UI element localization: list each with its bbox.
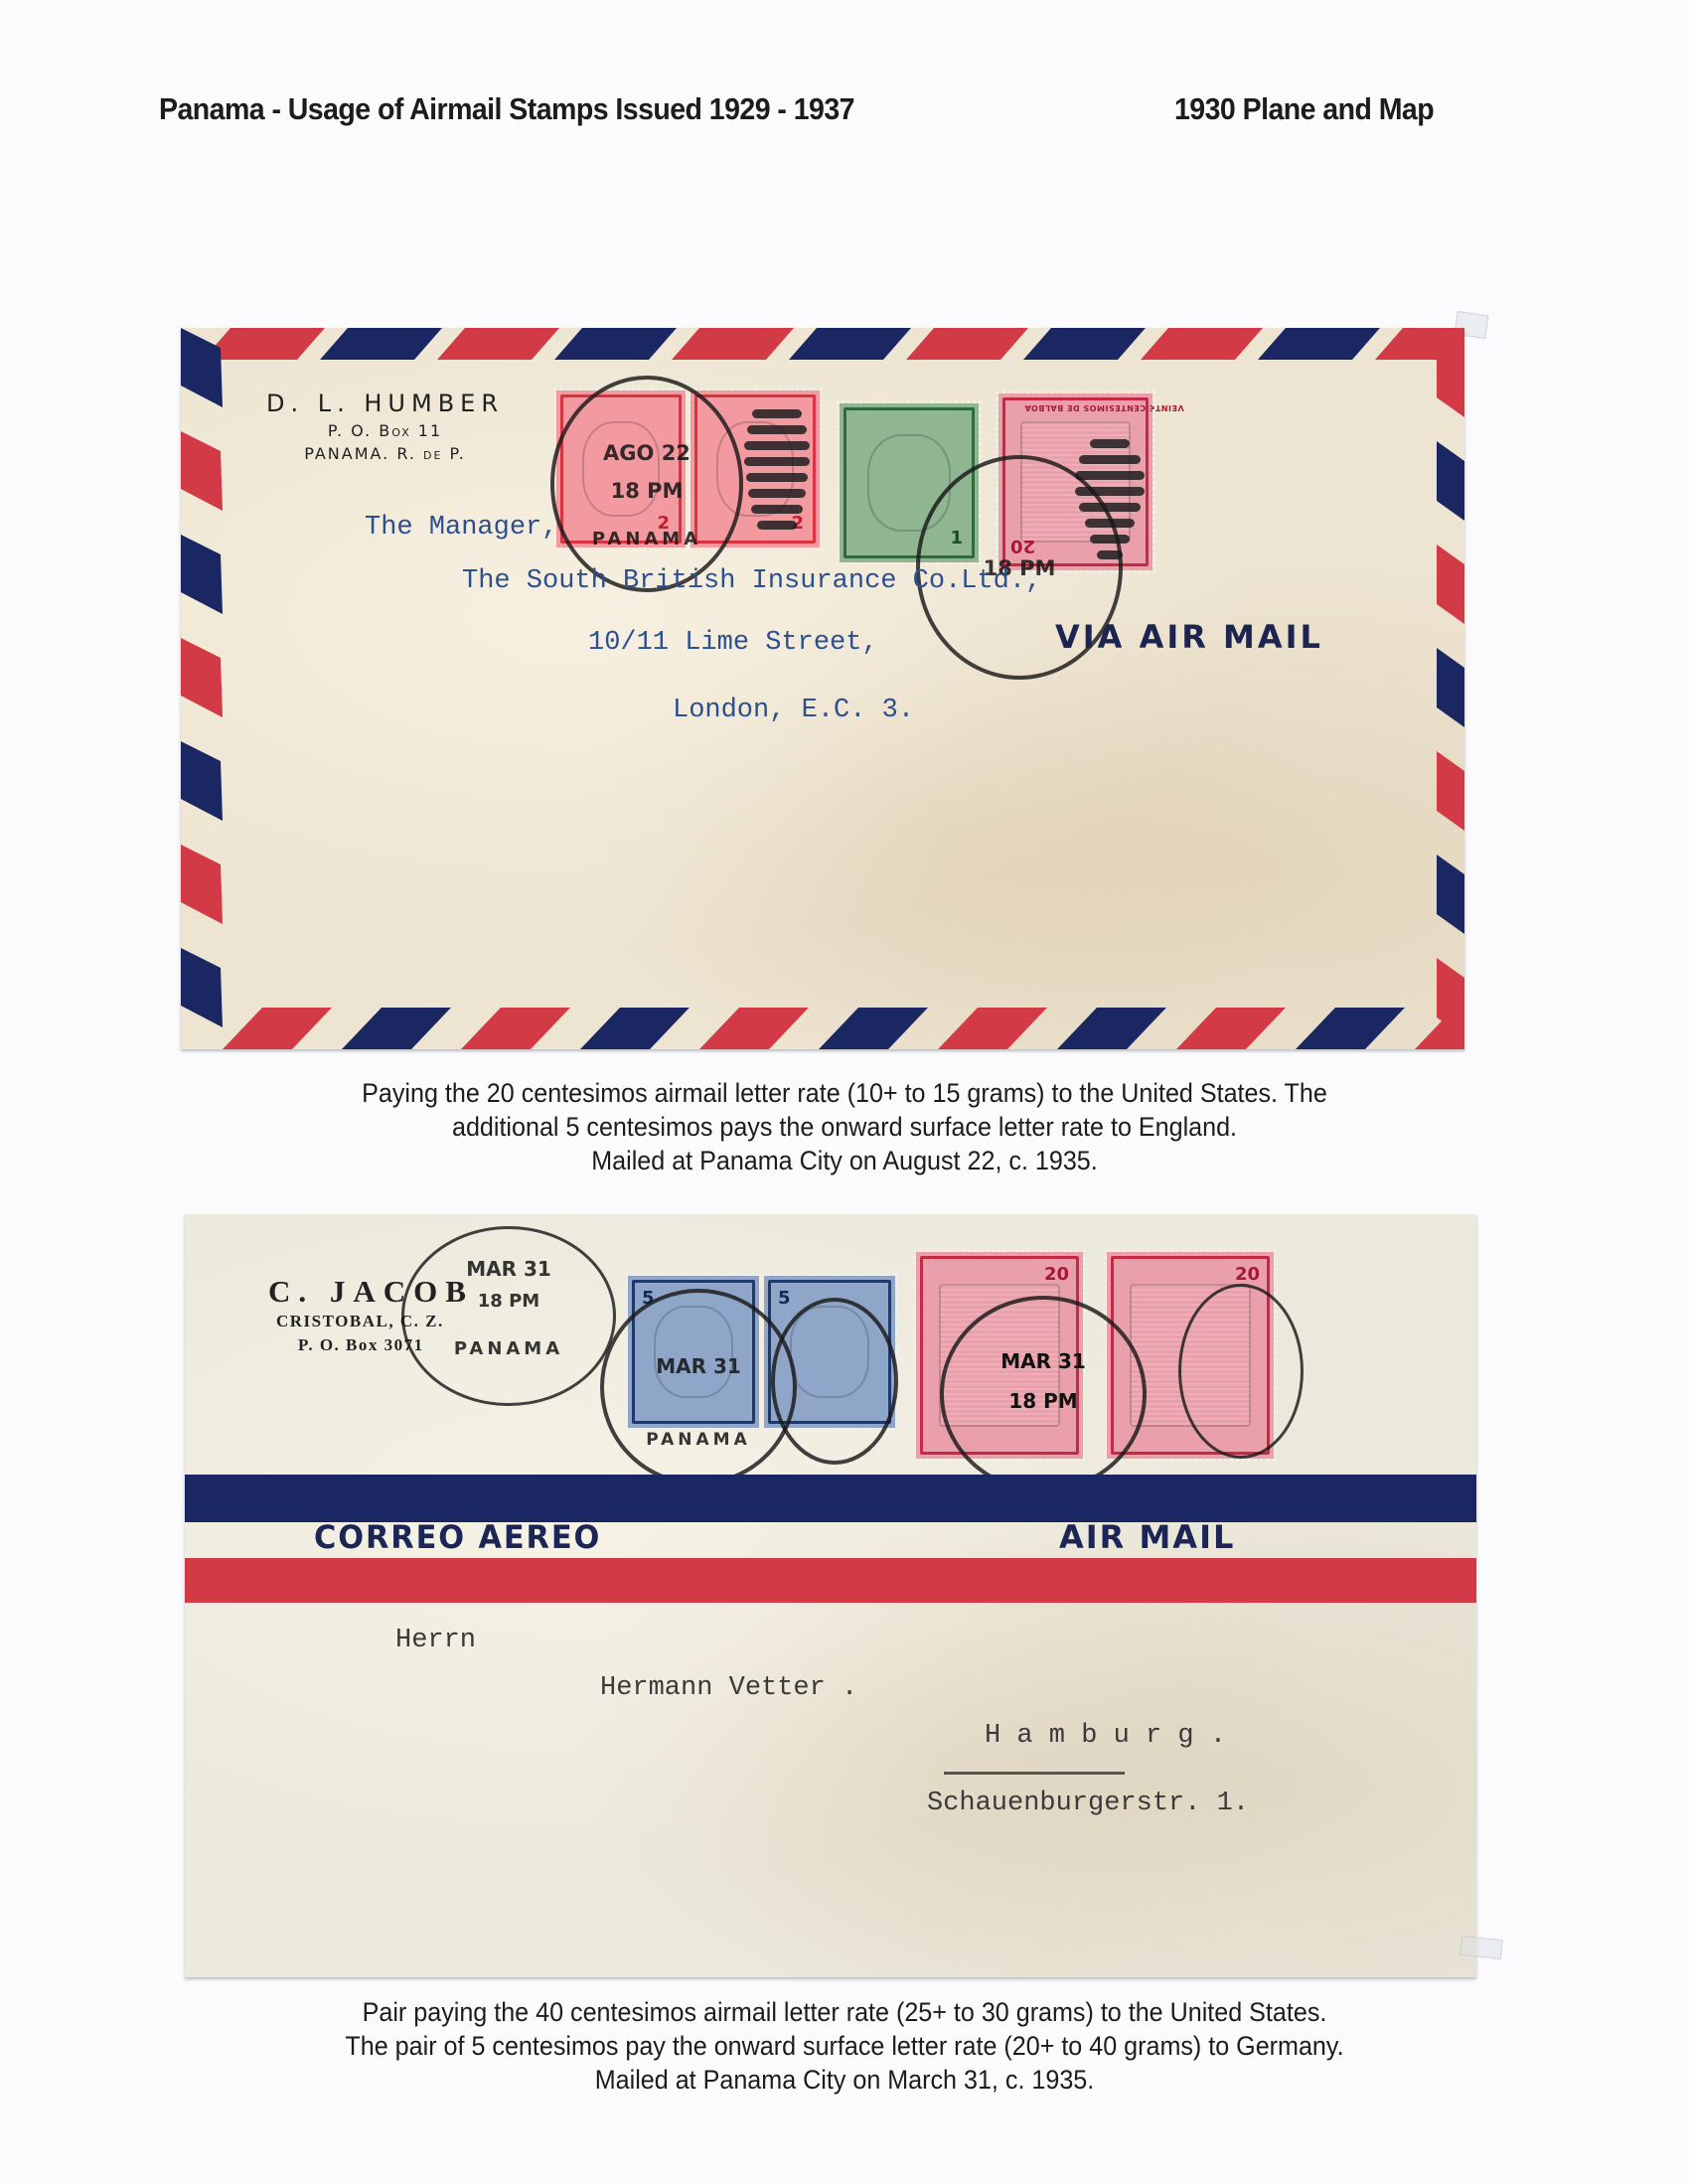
sender-line-2: PANAMA. R. de P. (266, 444, 504, 463)
page-subtitle: 1930 Plane and Map (1174, 91, 1434, 127)
addressee-line-4: Schauenburgerstr. 1. (927, 1789, 1249, 1818)
addressee-line-3: H a m b u r g . (985, 1721, 1226, 1751)
caption-line: Mailed at Panama City on August 22, c. 1… (60, 1144, 1630, 1177)
cover-1-caption: Paying the 20 centesimos airmail letter … (60, 1076, 1630, 1177)
cover-1-envelope: D. L. HUMBER P. O. Box 11 PANAMA. R. de … (181, 328, 1464, 1049)
postmark-cds: AGO 22 18 PM PANAMA (550, 376, 743, 592)
sender-name: D. L. HUMBER (266, 390, 504, 417)
cover-2-envelope: C. JACOB CRISTOBAL, C. Z. P. O. Box 3071… (185, 1214, 1476, 1977)
duplex-killer-bars (737, 402, 817, 537)
airmail-band-blue (185, 1475, 1476, 1522)
caption-line: Paying the 20 centesimos airmail letter … (60, 1076, 1630, 1110)
caption-line: Pair paying the 40 centesimos airmail le… (60, 1995, 1630, 2029)
sender-line-1: P. O. Box 11 (266, 421, 504, 440)
mount-hinge (1459, 1936, 1503, 1959)
page-header: Panama - Usage of Airmail Stamps Issued … (159, 91, 1490, 131)
duplex-killer-oval (1178, 1284, 1304, 1459)
typed-underline (944, 1772, 1125, 1775)
addressee-line-1: Herrn (395, 1626, 476, 1655)
return-address: D. L. HUMBER P. O. Box 11 PANAMA. R. de … (266, 390, 504, 463)
postmark-cds: MAR 31 PANAMA (600, 1289, 797, 1485)
postmark-cds: MAR 31 18 PM PANAMA (401, 1226, 616, 1406)
addressee-line-4: London, E.C. 3. (673, 696, 914, 725)
addressee-line-2: The South British Insurance Co.Ltd., (462, 566, 1041, 596)
correo-aereo-marking: CORREO AEREO (314, 1518, 601, 1556)
page-title: Panama - Usage of Airmail Stamps Issued … (159, 91, 854, 127)
duplex-killer-oval (771, 1298, 898, 1465)
airmail-band-red (185, 1558, 1476, 1603)
addressee-line-3: 10/11 Lime Street, (588, 628, 878, 658)
caption-line: additional 5 centesimos pays the onward … (60, 1110, 1630, 1144)
duplex-killer-bars (1065, 432, 1154, 566)
addressee-line-2: Hermann Vetter . (600, 1673, 857, 1703)
addressee-line-1: The Manager, (365, 513, 557, 543)
caption-line: The pair of 5 centesimos pay the onward … (60, 2029, 1630, 2063)
air-mail-marking: AIR MAIL (1059, 1518, 1235, 1556)
caption-line: Mailed at Panama City on March 31, c. 19… (60, 2063, 1630, 2097)
postmark-cds: MAR 31 18 PM (940, 1296, 1147, 1492)
cover-2-caption: Pair paying the 40 centesimos airmail le… (60, 1995, 1630, 2097)
via-air-mail-marking: VIA AIR MAIL (1055, 618, 1323, 656)
